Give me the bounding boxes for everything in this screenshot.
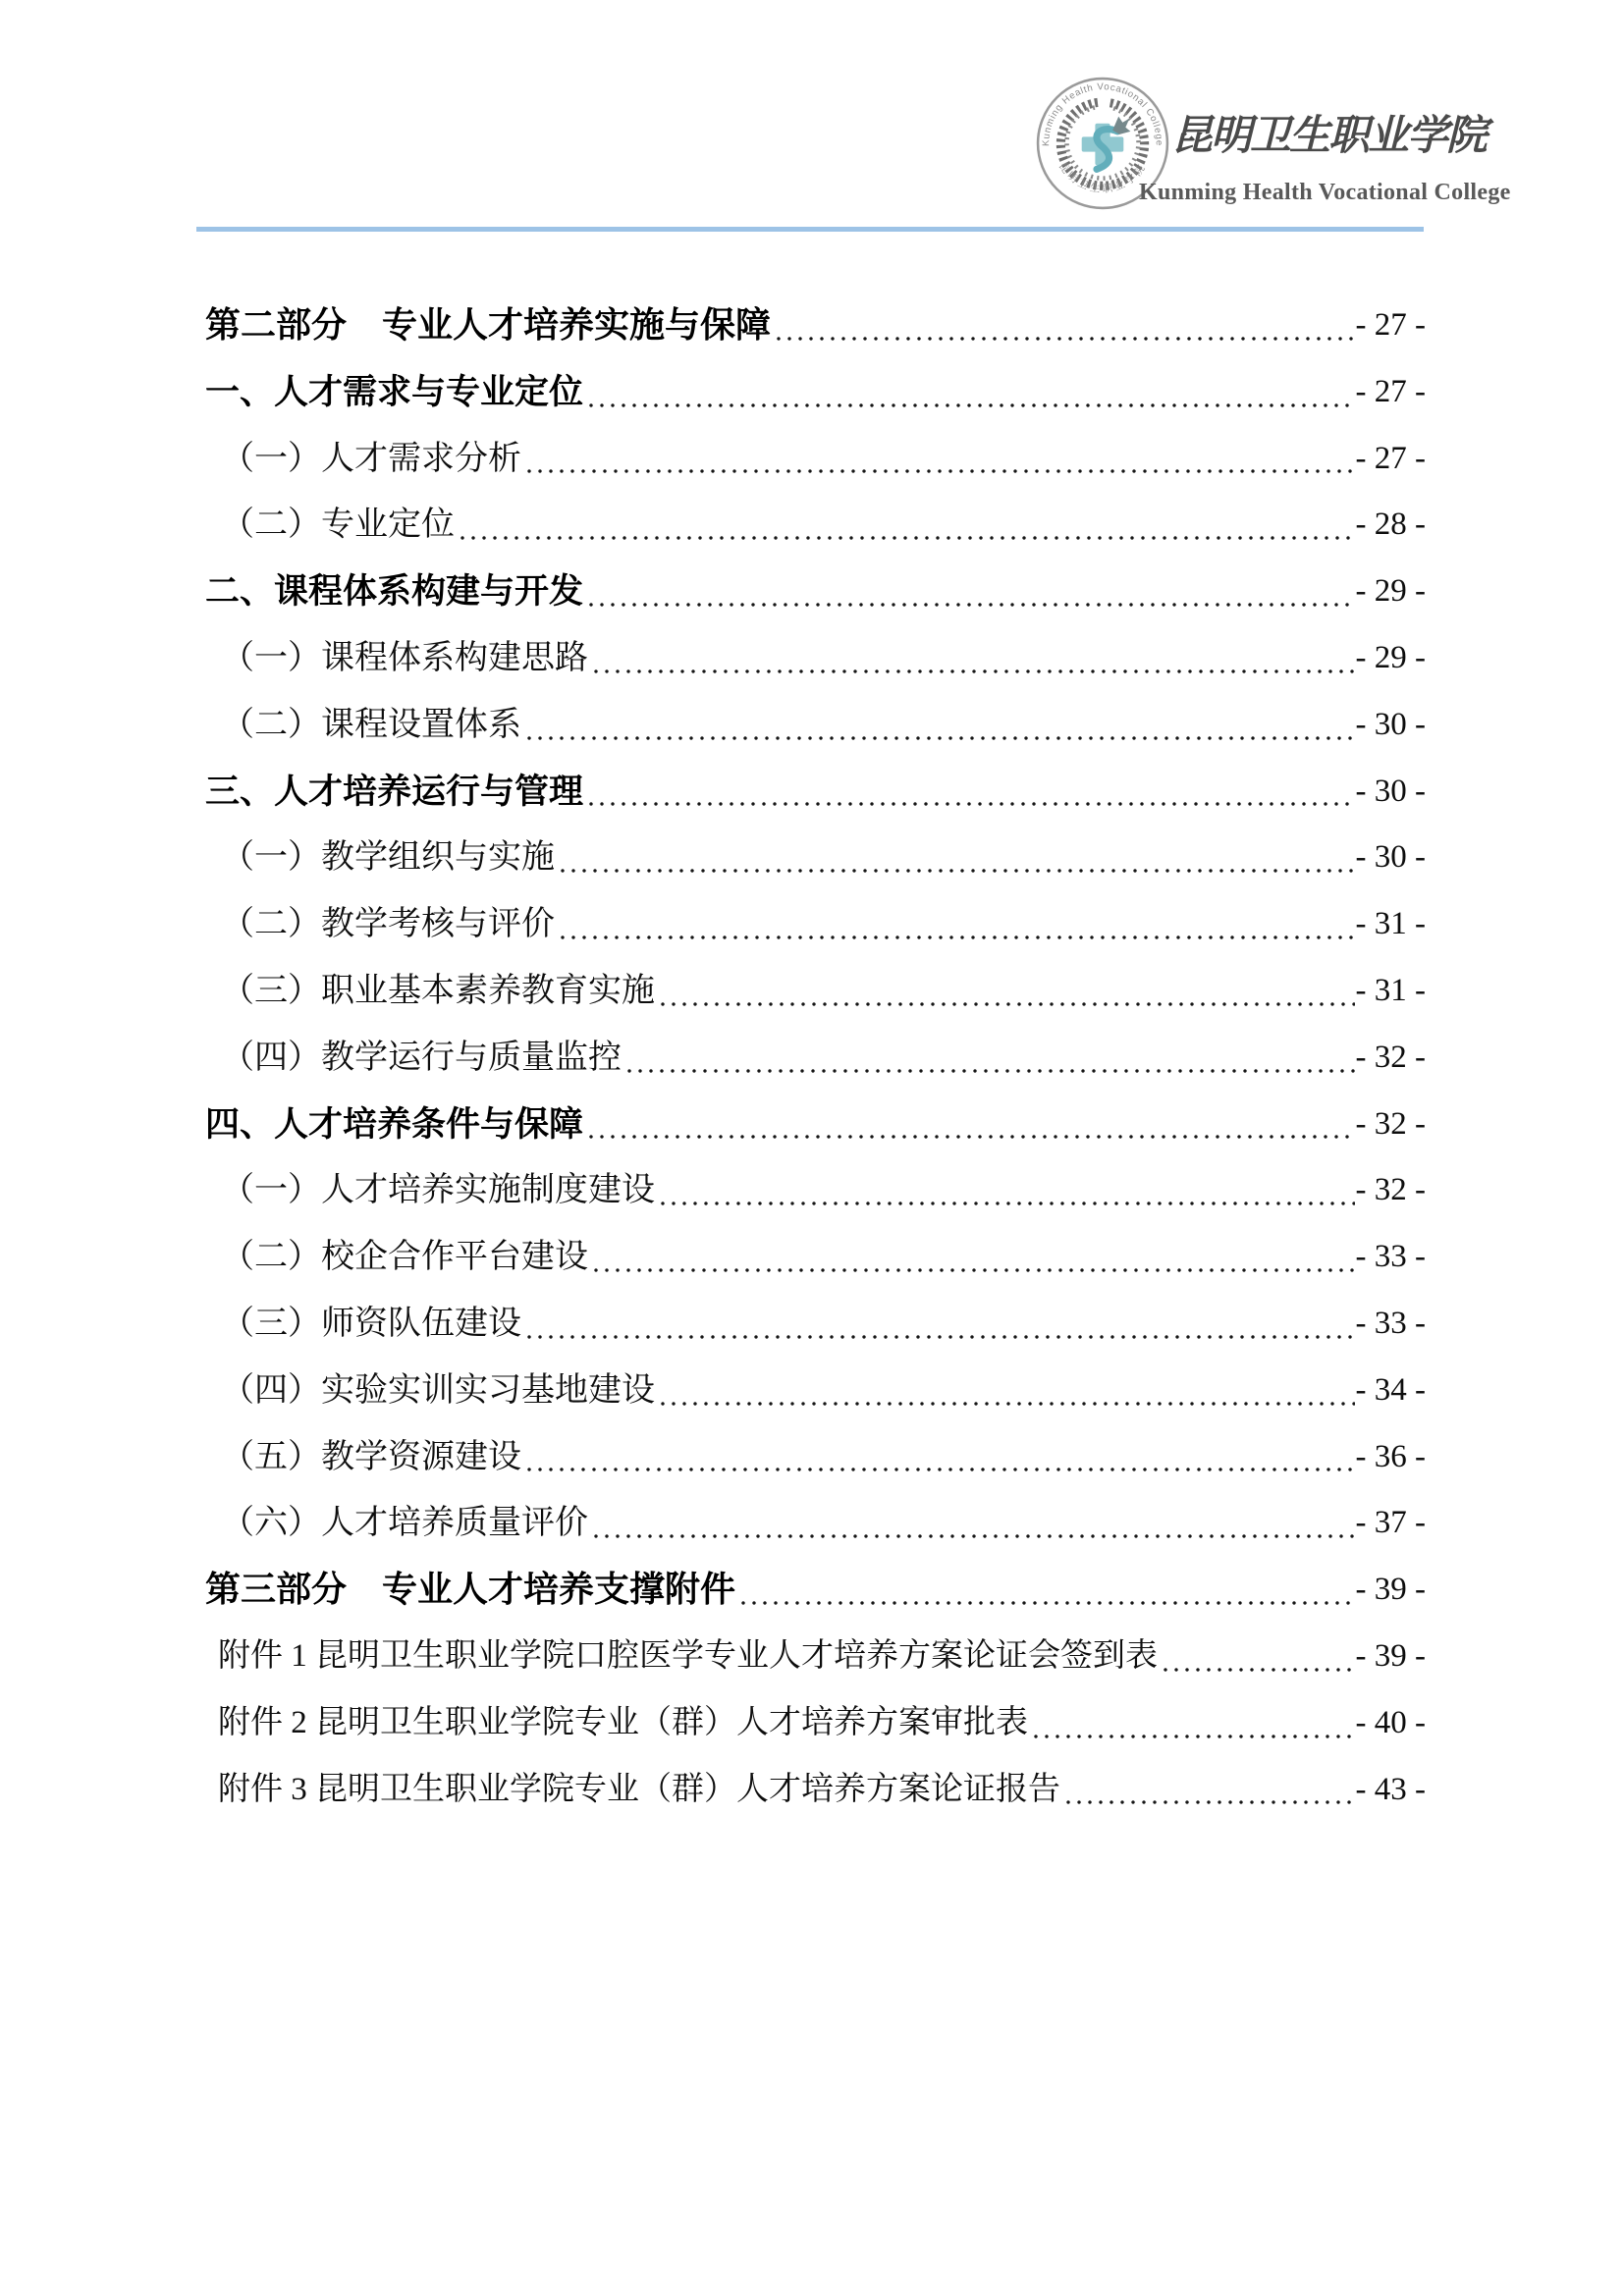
toc-entry-page: - 29 - (1356, 559, 1426, 625)
toc-entry-label: （六）人才培养质量评价 (221, 1490, 588, 1557)
toc-entry-page: - 32 - (1356, 1157, 1426, 1224)
toc-entry-page: - 33 - (1356, 1291, 1426, 1358)
toc-entry[interactable]: （二）教学考核与评价 - 31 - (205, 891, 1426, 958)
dot-leader (1164, 1667, 1355, 1673)
toc-entry[interactable]: （一）教学组织与实施 - 30 - (205, 825, 1426, 891)
dot-leader (661, 1401, 1355, 1407)
toc-entry[interactable]: （六）人才培养质量评价 - 37 - (205, 1490, 1426, 1557)
toc-entry-label: （二）专业定位 (221, 492, 455, 559)
dot-leader (661, 1201, 1355, 1206)
toc-entry[interactable]: 附件 1 昆明卫生职业学院口腔医学专业人才培养方案论证会签到表 - 39 - (205, 1624, 1426, 1690)
toc-entry-page: - 31 - (1356, 891, 1426, 958)
dot-leader (777, 336, 1355, 342)
dot-leader (627, 1068, 1355, 1074)
toc-entry-label: （一）人才培养实施制度建设 (221, 1157, 655, 1224)
toc-entry-page: - 40 - (1356, 1690, 1426, 1757)
toc-entry-label: 附件 1 昆明卫生职业学院口腔医学专业人才培养方案论证会签到表 (218, 1624, 1158, 1690)
toc-entry[interactable]: （三）师资队伍建设 - 33 - (205, 1291, 1426, 1358)
dot-leader (594, 1267, 1355, 1273)
toc-entry-page: - 28 - (1356, 492, 1426, 559)
toc-entry[interactable]: （四）教学运行与质量监控 - 32 - (205, 1025, 1426, 1092)
toc-entry[interactable]: 二、课程体系构建与开发 - 29 - (205, 559, 1426, 625)
toc-entry[interactable]: 三、人才培养运行与管理 - 30 - (205, 759, 1426, 826)
toc-entry-label: （四）实验实训实习基地建设 (221, 1358, 655, 1424)
toc-entry-page: - 32 - (1356, 1025, 1426, 1092)
toc-entry-page: - 43 - (1356, 1757, 1426, 1824)
document-page: Kunming Health Vocational College 昆明卫生职业… (0, 0, 1624, 2296)
toc-entry-page: - 27 - (1356, 293, 1426, 359)
dot-leader (527, 735, 1355, 741)
dot-leader (589, 801, 1355, 807)
toc-entry-label: 第三部分 专业人才培养支撑附件 (205, 1557, 735, 1624)
toc-entry[interactable]: 第二部分 专业人才培养实施与保障 - 27 - (205, 293, 1426, 359)
header-divider (196, 227, 1424, 232)
toc-entry[interactable]: 附件 2 昆明卫生职业学院专业（群）人才培养方案审批表 - 40 - (205, 1690, 1426, 1757)
toc-entry-label: 附件 2 昆明卫生职业学院专业（群）人才培养方案审批表 (218, 1690, 1028, 1757)
dot-leader (460, 535, 1355, 541)
toc-entry-page: - 34 - (1356, 1358, 1426, 1424)
dot-leader (561, 868, 1355, 874)
toc-entry-label: （五）教学资源建设 (221, 1424, 521, 1491)
toc-entry[interactable]: （一）人才需求分析 - 27 - (205, 426, 1426, 493)
table-of-contents: 第二部分 专业人才培养实施与保障 - 27 - 一、人才需求与专业定位 - 27… (205, 293, 1426, 1823)
toc-entry-label: （一）人才需求分析 (221, 426, 521, 493)
dot-leader (589, 602, 1355, 608)
toc-entry-page: - 30 - (1356, 692, 1426, 759)
toc-entry[interactable]: 一、人才需求与专业定位 - 27 - (205, 359, 1426, 426)
toc-entry-page: - 27 - (1356, 426, 1426, 493)
toc-entry-page: - 37 - (1356, 1490, 1426, 1557)
toc-entry-label: （四）教学运行与质量监控 (221, 1025, 622, 1092)
toc-entry-page: - 33 - (1356, 1224, 1426, 1291)
dot-leader (594, 668, 1355, 674)
toc-entry-label: （二）课程设置体系 (221, 692, 521, 759)
toc-entry-label: （一）教学组织与实施 (221, 825, 555, 891)
dot-leader (527, 1334, 1355, 1340)
toc-entry-page: - 30 - (1356, 759, 1426, 826)
toc-entry-page: - 32 - (1356, 1092, 1426, 1158)
toc-entry[interactable]: （二）专业定位 - 28 - (205, 492, 1426, 559)
toc-entry[interactable]: （二）校企合作平台建设 - 33 - (205, 1224, 1426, 1291)
dot-leader (594, 1533, 1355, 1539)
toc-entry-label: 第二部分 专业人才培养实施与保障 (205, 293, 771, 359)
toc-entry-page: - 31 - (1356, 958, 1426, 1025)
toc-entry-label: 四、人才培养条件与保障 (205, 1092, 583, 1158)
dot-leader (561, 934, 1355, 940)
toc-entry[interactable]: （四）实验实训实习基地建设 - 34 - (205, 1358, 1426, 1424)
college-name-calligraphy: 昆明卫生职业学院 (1171, 94, 1484, 171)
toc-entry[interactable]: 第三部分 专业人才培养支撑附件 - 39 - (205, 1557, 1426, 1624)
toc-entry-label: （二）校企合作平台建设 (221, 1224, 588, 1291)
dot-leader (589, 1134, 1355, 1140)
toc-entry-label: （二）教学考核与评价 (221, 891, 555, 958)
dot-leader (661, 1001, 1355, 1007)
toc-entry-page: - 39 - (1356, 1624, 1426, 1690)
dot-leader (527, 468, 1355, 474)
dot-leader (1034, 1734, 1355, 1739)
dot-leader (589, 402, 1355, 408)
dot-leader (1066, 1799, 1355, 1805)
college-name-english: Kunming Health Vocational College (1139, 180, 1483, 206)
dot-leader (527, 1467, 1355, 1472)
toc-entry-page: - 27 - (1356, 359, 1426, 426)
toc-entry-page: - 36 - (1356, 1424, 1426, 1491)
toc-entry-page: - 39 - (1356, 1557, 1426, 1624)
toc-entry[interactable]: （一）课程体系构建思路 - 29 - (205, 625, 1426, 692)
toc-entry[interactable]: 附件 3 昆明卫生职业学院专业（群）人才培养方案论证报告 - 43 - (205, 1757, 1426, 1824)
toc-entry-label: 附件 3 昆明卫生职业学院专业（群）人才培养方案论证报告 (218, 1757, 1060, 1824)
toc-entry[interactable]: （三）职业基本素养教育实施 - 31 - (205, 958, 1426, 1025)
toc-entry-label: （一）课程体系构建思路 (221, 625, 588, 692)
toc-entry-label: 二、课程体系构建与开发 (205, 559, 583, 625)
toc-entry-label: 三、人才培养运行与管理 (205, 759, 583, 826)
toc-entry-label: （三）职业基本素养教育实施 (221, 958, 655, 1025)
toc-entry[interactable]: （二）课程设置体系 - 30 - (205, 692, 1426, 759)
toc-entry-label: （三）师资队伍建设 (221, 1291, 521, 1358)
toc-entry[interactable]: （一）人才培养实施制度建设 - 32 - (205, 1157, 1426, 1224)
dot-leader (741, 1600, 1355, 1606)
toc-entry-label: 一、人才需求与专业定位 (205, 359, 583, 426)
toc-entry-page: - 29 - (1356, 625, 1426, 692)
toc-entry[interactable]: （五）教学资源建设 - 36 - (205, 1424, 1426, 1491)
toc-entry[interactable]: 四、人才培养条件与保障 - 32 - (205, 1092, 1426, 1158)
toc-entry-page: - 30 - (1356, 825, 1426, 891)
